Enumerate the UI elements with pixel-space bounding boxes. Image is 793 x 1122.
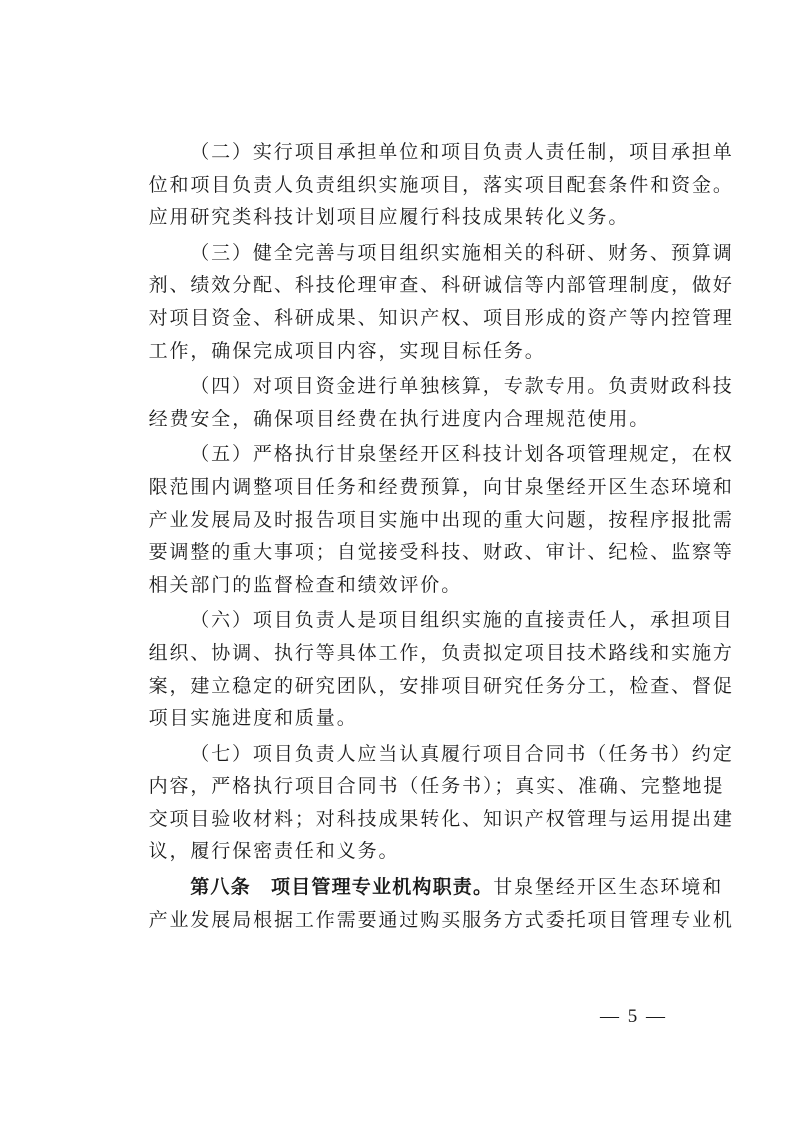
text-line: （五）严格执行甘泉堡经开区科技计划各项管理规定，在权 bbox=[107, 438, 691, 471]
text-line: 案，建立稳定的研究团队，安排项目研究任务分工，检查、督促 bbox=[107, 670, 691, 703]
text-line: 交项目验收材料；对科技成果转化、知识产权管理与运用提出建 bbox=[107, 803, 691, 836]
text-line: 应用研究类科技计划项目应履行科技成果转化义务。 bbox=[107, 201, 691, 234]
text-line: 要调整的重大事项；自觉接受科技、财政、审计、纪检、监察等 bbox=[107, 536, 691, 569]
paragraph-item-7: （七）项目负责人应当认真履行项目合同书（任务书）约定 内容，严格执行项目合同书（… bbox=[107, 738, 691, 868]
text-line: 对项目资金、科研成果、知识产权、项目形成的资产等内控管理 bbox=[107, 302, 691, 335]
paragraph-item-5: （五）严格执行甘泉堡经开区科技计划各项管理规定，在权 限范围内调整项目任务和经费… bbox=[107, 438, 691, 601]
page-number: — 5 — bbox=[600, 1006, 667, 1028]
text-line: 经费安全，确保项目经费在执行进度内合理规范使用。 bbox=[107, 403, 691, 436]
text-line: 位和项目负责人负责组织实施项目，落实项目配套条件和资金。 bbox=[107, 169, 691, 202]
text-line: 限范围内调整项目任务和经费预算，向甘泉堡经开区生态环境和 bbox=[107, 471, 691, 504]
text-line: （三）健全完善与项目组织实施相关的科研、财务、预算调 bbox=[107, 237, 691, 270]
text-line: （四）对项目资金进行单独核算，专款专用。负责财政科技 bbox=[107, 370, 691, 403]
text-line: 相关部门的监督检查和绩效评价。 bbox=[107, 569, 691, 602]
text-line: 产业发展局根据工作需要通过购买服务方式委托项目管理专业机 bbox=[107, 904, 691, 937]
text-line: 组织、协调、执行等具体工作，负责拟定项目技术路线和实施方 bbox=[107, 637, 691, 670]
text-line: 议，履行保密责任和义务。 bbox=[107, 835, 691, 868]
document-page: （二）实行项目承担单位和项目负责人责任制，项目承担单 位和项目负责人负责组织实施… bbox=[0, 0, 793, 1122]
document-body: （二）实行项目承担单位和项目负责人责任制，项目承担单 位和项目负责人负责组织实施… bbox=[107, 136, 691, 936]
text-line: 项目实施进度和质量。 bbox=[107, 702, 691, 735]
paragraph-article-8: 第八条 项目管理专业机构职责。甘泉堡经开区生态环境和 产业发展局根据工作需要通过… bbox=[107, 871, 691, 936]
article-heading: 第八条 项目管理专业机构职责。 bbox=[190, 876, 493, 898]
paragraph-item-6: （六）项目负责人是项目组织实施的直接责任人，承担项目 组织、协调、执行等具体工作… bbox=[107, 604, 691, 734]
text-line: （六）项目负责人是项目组织实施的直接责任人，承担项目 bbox=[107, 604, 691, 637]
text-line: 第八条 项目管理专业机构职责。甘泉堡经开区生态环境和 bbox=[107, 871, 691, 904]
paragraph-item-2: （二）实行项目承担单位和项目负责人责任制，项目承担单 位和项目负责人负责组织实施… bbox=[107, 136, 691, 234]
article-text: 甘泉堡经开区生态环境和 bbox=[493, 876, 723, 898]
paragraph-item-3: （三）健全完善与项目组织实施相关的科研、财务、预算调 剂、绩效分配、科技伦理审查… bbox=[107, 237, 691, 367]
text-line: 内容，严格执行项目合同书（任务书）；真实、准确、完整地提 bbox=[107, 770, 691, 803]
text-line: 工作，确保完成项目内容，实现目标任务。 bbox=[107, 335, 691, 368]
paragraph-item-4: （四）对项目资金进行单独核算，专款专用。负责财政科技 经费安全，确保项目经费在执… bbox=[107, 370, 691, 435]
text-line: （七）项目负责人应当认真履行项目合同书（任务书）约定 bbox=[107, 738, 691, 771]
text-line: 产业发展局及时报告项目实施中出现的重大问题，按程序报批需 bbox=[107, 504, 691, 537]
text-line: 剂、绩效分配、科技伦理审查、科研诚信等内部管理制度，做好 bbox=[107, 269, 691, 302]
text-line: （二）实行项目承担单位和项目负责人责任制，项目承担单 bbox=[107, 136, 691, 169]
